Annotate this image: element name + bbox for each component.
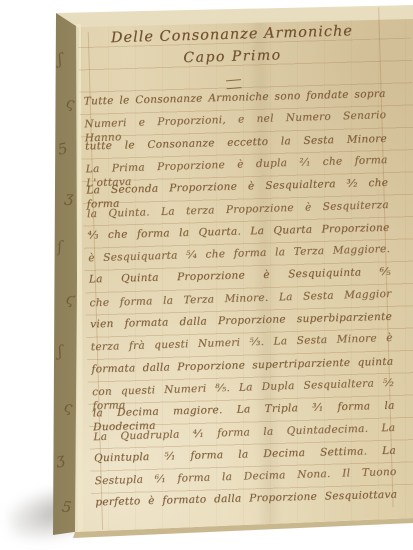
writing-layer: Delle Consonanze Armoniche Capo Primo Tu…	[0, 0, 413, 550]
photo-background: ʃς5ʒſϛʃςʒ5 Delle Consonanze Armoniche Ca…	[0, 0, 413, 550]
body-lines: Tutte le Consonanze Armoniche sono fonda…	[0, 0, 410, 2]
